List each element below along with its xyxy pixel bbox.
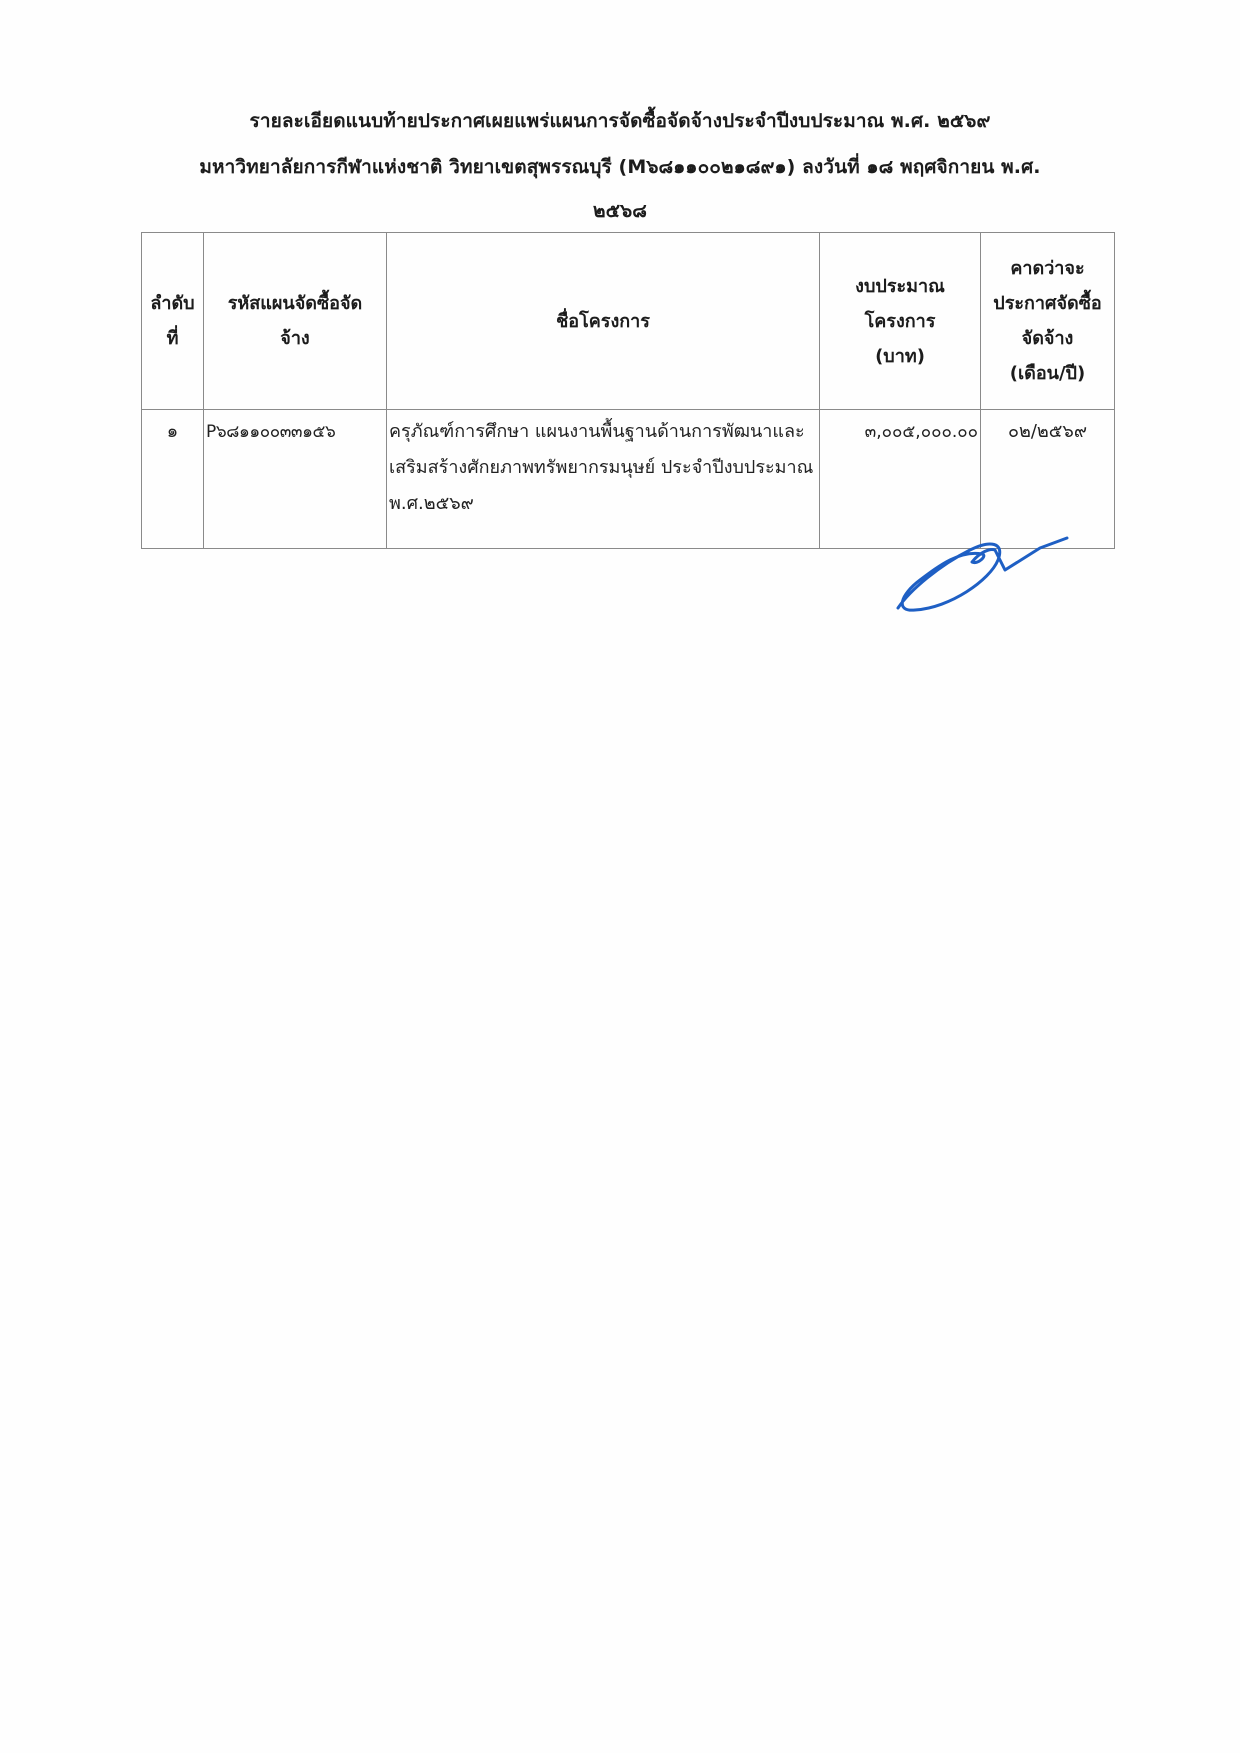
cell-project-name: ครุภัณฑ์การศึกษา แผนงานพื้นฐานด้านการพัฒ… <box>387 410 820 549</box>
document-title-line-1: รายละเอียดแนบท้ายประกาศเผยแพร่แผนการจัดซ… <box>0 106 1240 136</box>
document-title-line-2: มหาวิทยาลัยการกีฬาแห่งชาติ วิทยาเขตสุพรร… <box>0 152 1240 182</box>
header-expected-date: คาดว่าจะ ประกาศจัดซื้อ จัดจ้าง (เดือน/ปี… <box>981 233 1115 410</box>
cell-no: ๑ <box>142 410 204 549</box>
header-budget: งบประมาณ โครงการ (บาท) <box>820 233 981 410</box>
document-page: รายละเอียดแนบท้ายประกาศเผยแพร่แผนการจัดซ… <box>0 0 1240 1753</box>
procurement-plan-table: ลำดับ ที่ รหัสแผนจัดซื้อจัด จ้าง ชื่อโคร… <box>141 232 1115 549</box>
header-project-name: ชื่อโครงการ <box>387 233 820 410</box>
document-title-line-3: ๒๕๖๘ <box>0 196 1240 226</box>
cell-plan-code: P๖๘๑๑๐๐๓๓๑๕๖ <box>204 410 387 549</box>
header-plan-code: รหัสแผนจัดซื้อจัด จ้าง <box>204 233 387 410</box>
header-no: ลำดับ ที่ <box>142 233 204 410</box>
table-header-row: ลำดับ ที่ รหัสแผนจัดซื้อจัด จ้าง ชื่อโคร… <box>142 233 1115 410</box>
signature-mark <box>890 520 1070 620</box>
